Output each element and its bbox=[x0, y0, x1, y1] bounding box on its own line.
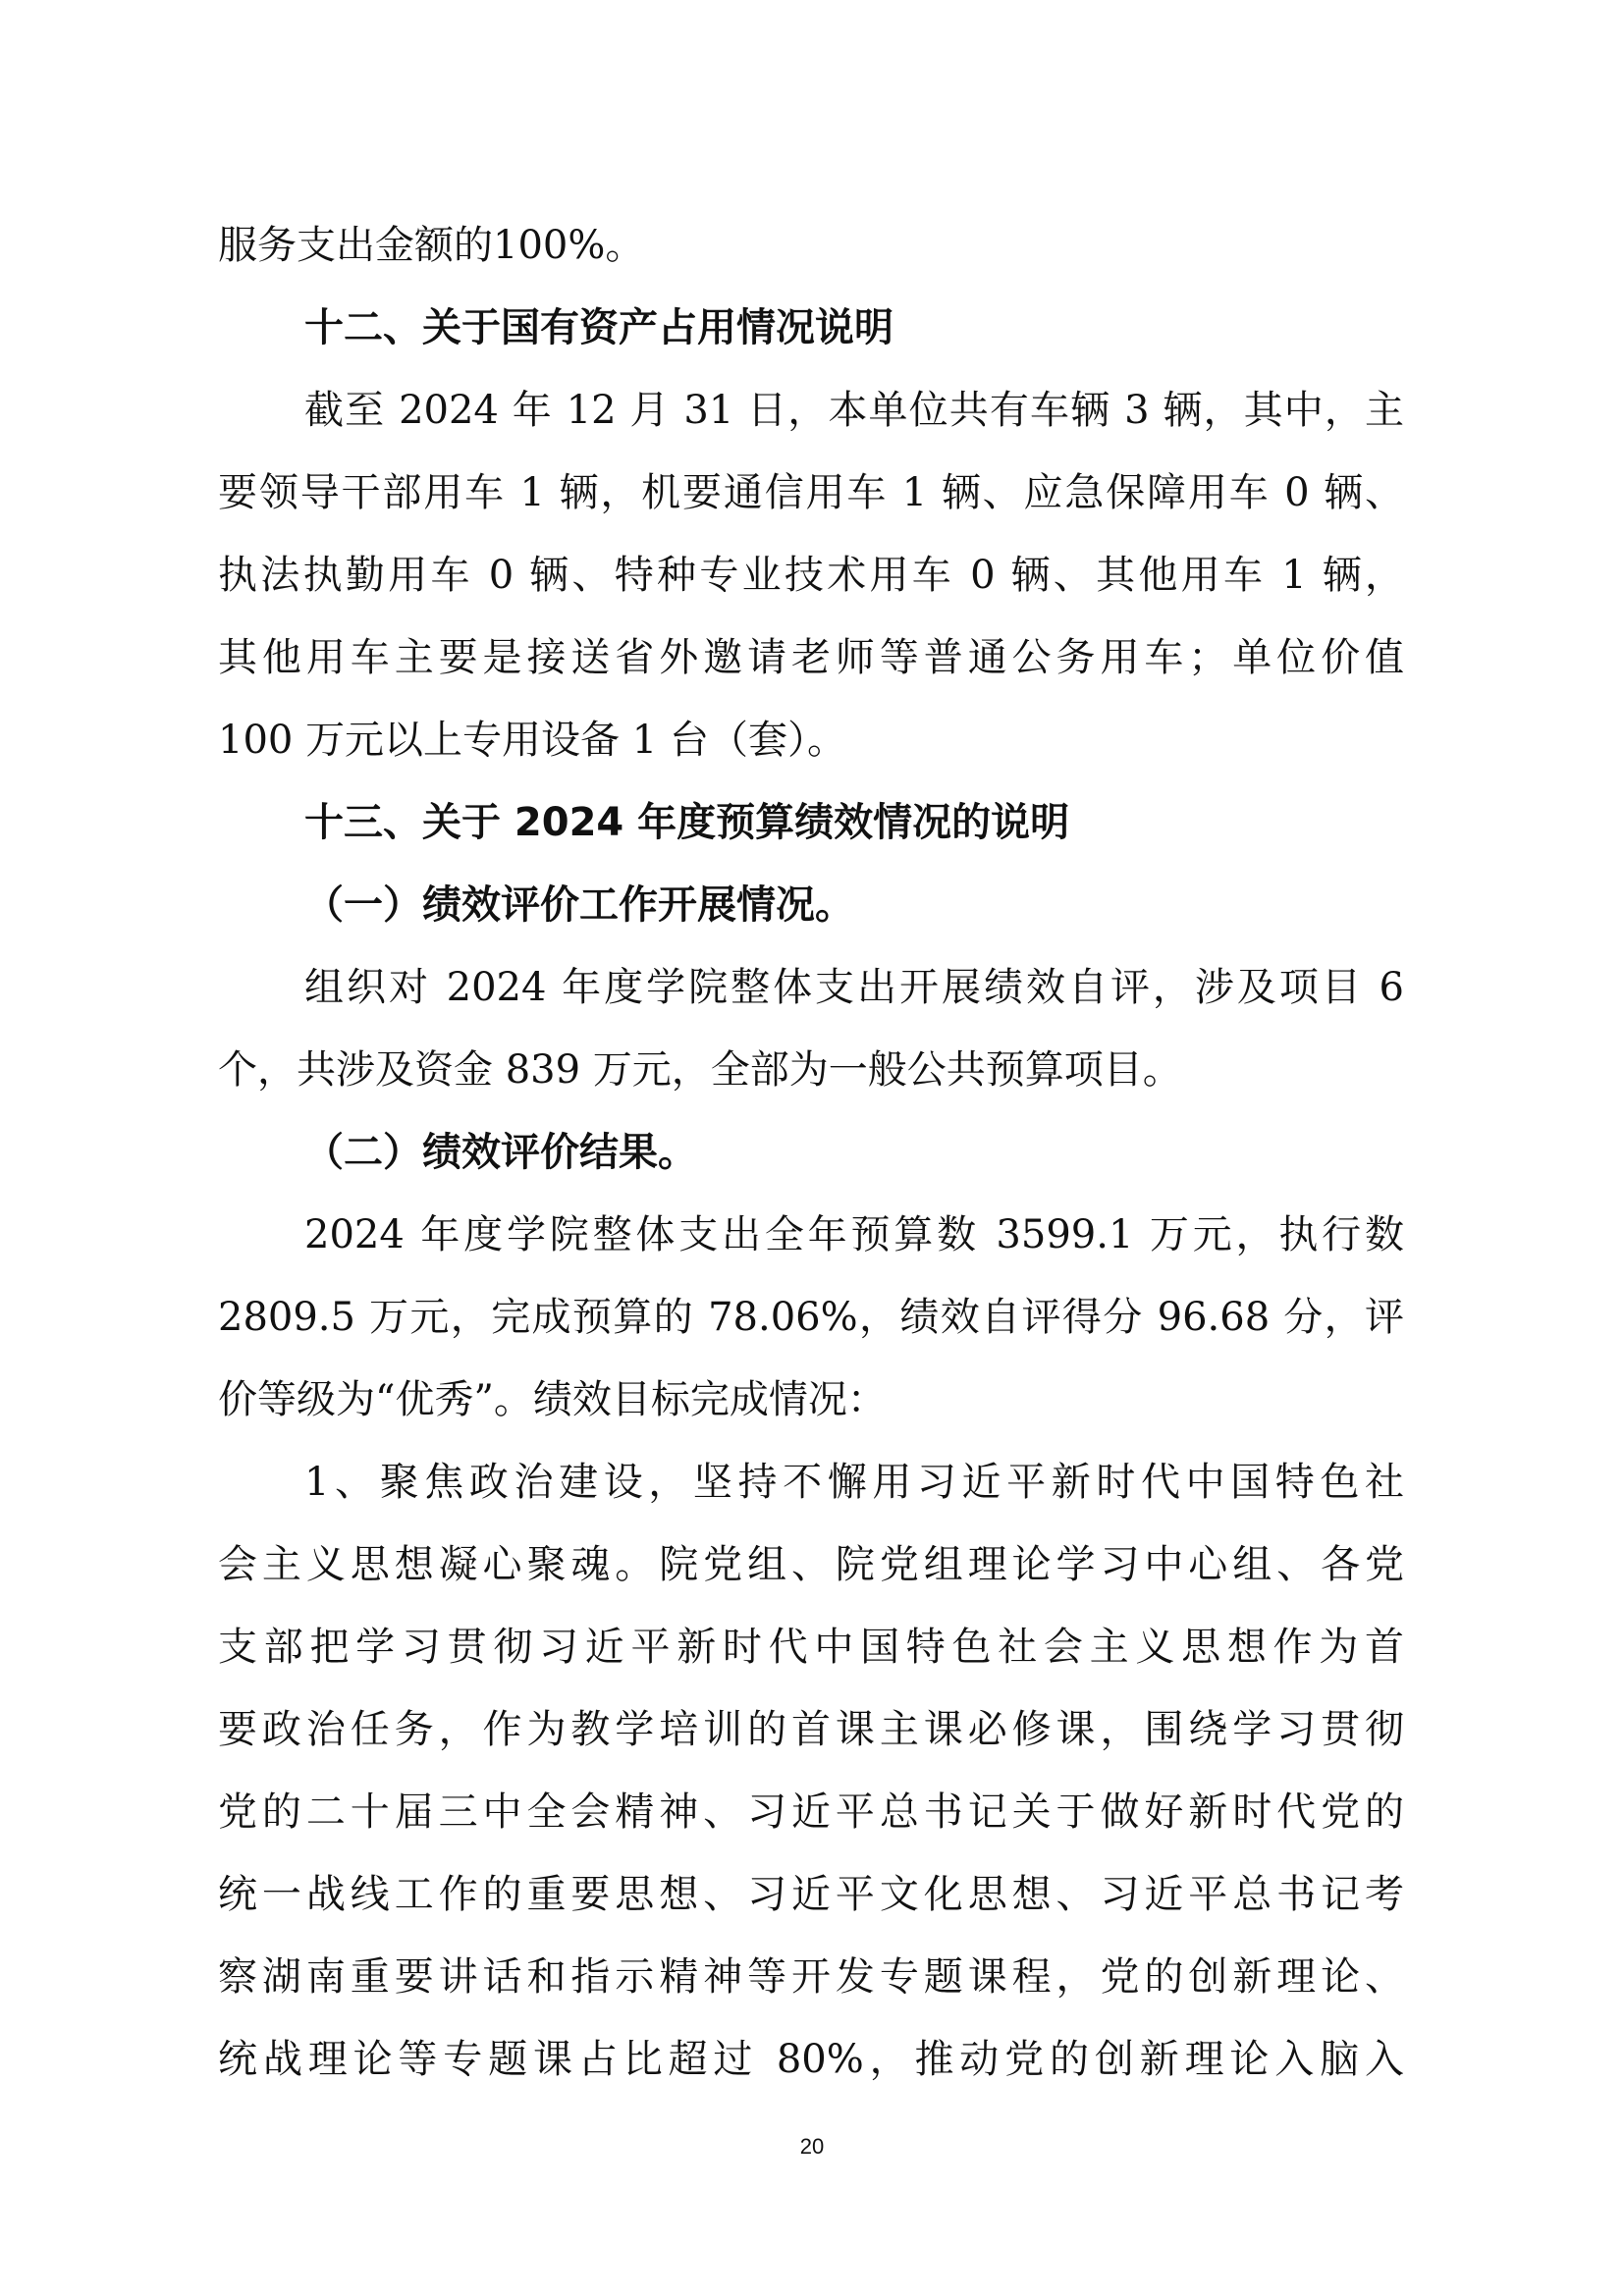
page-number: 20 bbox=[0, 2134, 1624, 2160]
paragraph-line: 组织对 2024 年度学院整体支出开展绩效自评，涉及项目 6 bbox=[304, 964, 1404, 1011]
paragraph-line: 支部把学习贯彻习近平新时代中国特色社会主义思想作为首 bbox=[218, 1624, 1404, 1671]
paragraph-line: 截至 2024 年 12 月 31 日，本单位共有车辆 3 辆，其中，主 bbox=[304, 387, 1404, 434]
paragraph-line: 统战理论等专题课占比超过 80%，推动党的创新理论入脑入 bbox=[218, 2036, 1404, 2083]
paragraph-line: 服务支出金额的100%。 bbox=[218, 222, 1404, 269]
paragraph-line: 100 万元以上专用设备 1 台（套）。 bbox=[218, 717, 1404, 764]
paragraph-line: 2024 年度学院整体支出全年预算数 3599.1 万元，执行数 bbox=[304, 1211, 1404, 1258]
paragraph-line: 察湖南重要讲话和指示精神等开发专题课程，党的创新理论、 bbox=[218, 1953, 1404, 2001]
section-heading-13: 十三、关于 2024 年度预算绩效情况的说明 bbox=[304, 799, 1404, 846]
subsection-heading-1: （一）绩效评价工作开展情况。 bbox=[304, 881, 1404, 929]
paragraph-line: 2809.5 万元，完成预算的 78.06%，绩效自评得分 96.68 分，评 bbox=[218, 1294, 1404, 1341]
paragraph-line: 个，共涉及资金 839 万元，全部为一般公共预算项目。 bbox=[218, 1046, 1404, 1094]
paragraph-line: 党的二十届三中全会精神、习近平总书记关于做好新时代党的 bbox=[218, 1789, 1404, 1836]
paragraph-line: 1、聚焦政治建设，坚持不懈用习近平新时代中国特色社 bbox=[304, 1459, 1404, 1506]
paragraph-line: 其他用车主要是接送省外邀请老师等普通公务用车；单位价值 bbox=[218, 634, 1404, 681]
document-page: 服务支出金额的100%。 十二、关于国有资产占用情况说明 截至 2024 年 1… bbox=[0, 0, 1624, 2296]
paragraph-line: 会主义思想凝心聚魂。院党组、院党组理论学习中心组、各党 bbox=[218, 1541, 1404, 1588]
section-heading-12: 十二、关于国有资产占用情况说明 bbox=[304, 304, 1404, 351]
paragraph-line: 价等级为“优秀”。绩效目标完成情况： bbox=[218, 1376, 1404, 1423]
subsection-heading-2: （二）绩效评价结果。 bbox=[304, 1129, 1404, 1176]
paragraph-line: 执法执勤用车 0 辆、特种专业技术用车 0 辆、其他用车 1 辆， bbox=[218, 552, 1404, 599]
paragraph-line: 要政治任务，作为教学培训的首课主课必修课，围绕学习贯彻 bbox=[218, 1706, 1404, 1753]
paragraph-line: 统一战线工作的重要思想、习近平文化思想、习近平总书记考 bbox=[218, 1871, 1404, 1918]
paragraph-line: 要领导干部用车 1 辆，机要通信用车 1 辆、应急保障用车 0 辆、 bbox=[218, 469, 1404, 516]
